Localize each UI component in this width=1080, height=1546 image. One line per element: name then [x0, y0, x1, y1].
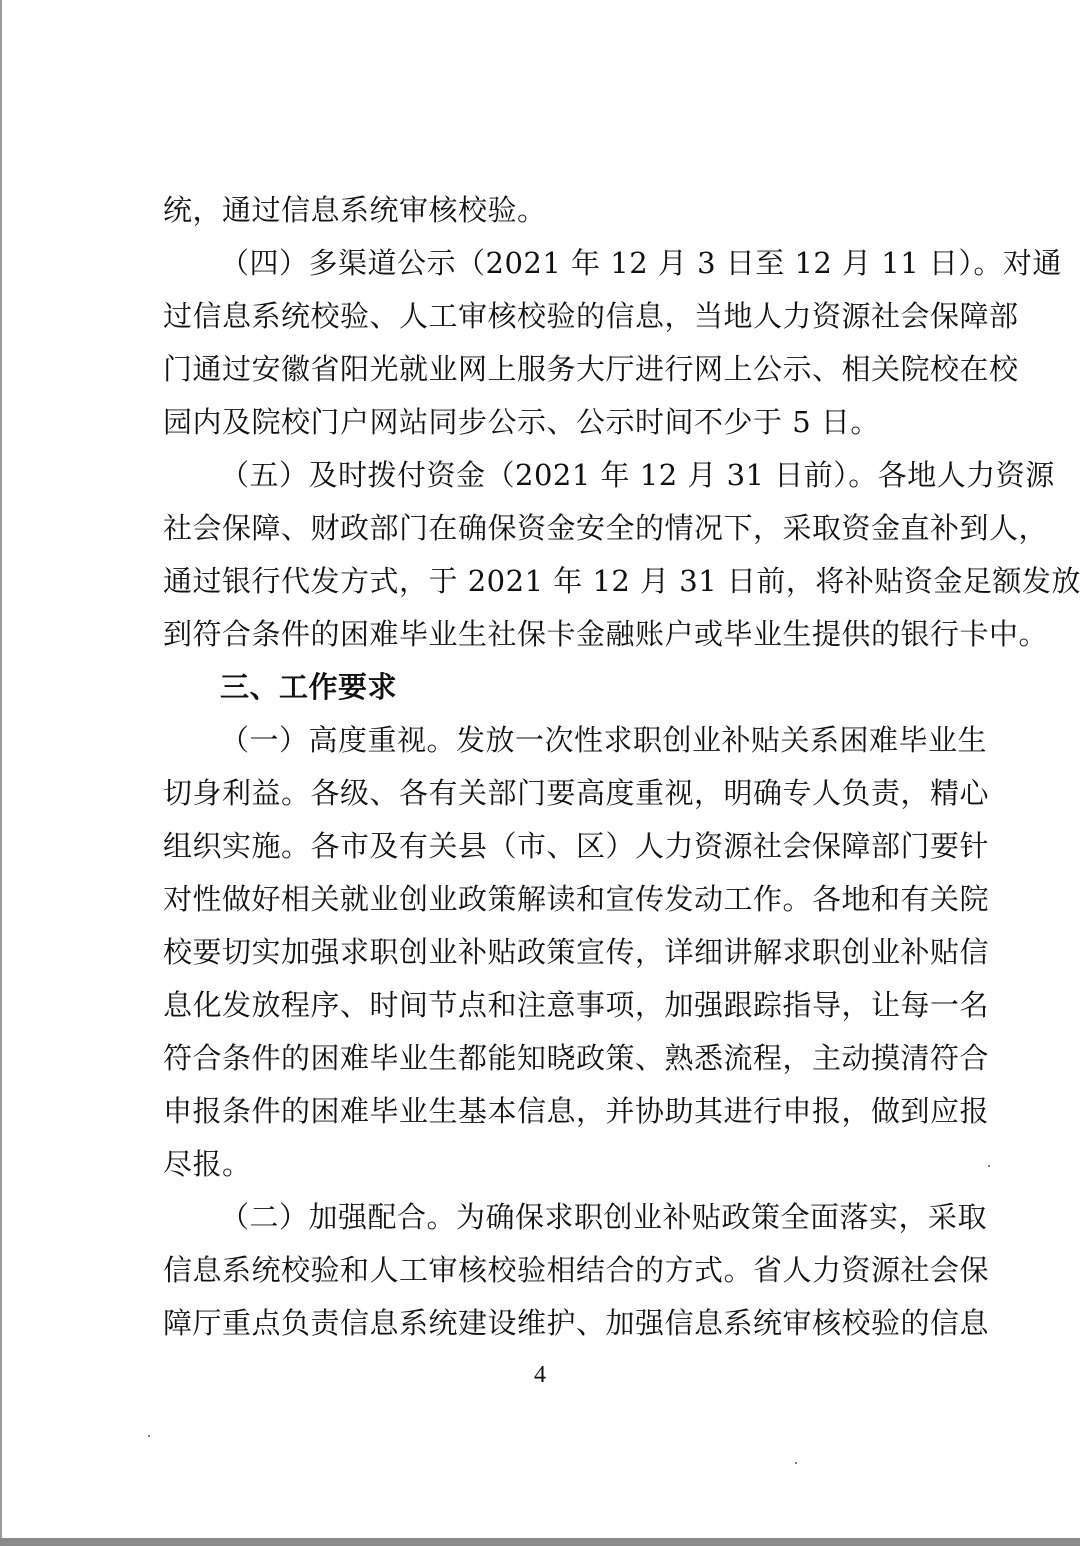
- viewer-bottom-bar: [0, 1538, 1080, 1546]
- text-line-1: 统，通过信息系统审核校验。: [163, 190, 948, 230]
- page-number: 4: [534, 1362, 546, 1389]
- text-line-11: （一）高度重视。发放一次性求职创业补贴关系困难毕业生: [220, 720, 948, 760]
- text-line-14: 对性做好相关就业创业政策解读和宣传发动工作。各地和有关院: [163, 879, 948, 919]
- text-line-8: 通过银行代发方式，于 2021 年 12 月 31 日前，将补贴资金足额发放: [163, 561, 948, 601]
- scan-speck: [795, 1462, 797, 1464]
- text-line-17: 符合条件的困难毕业生都能知晓政策、熟悉流程，主动摸清符合: [163, 1038, 948, 1078]
- text-line-7: 社会保障、财政部门在确保资金安全的情况下，采取资金直补到人，: [163, 508, 948, 548]
- scan-speck: [148, 1435, 150, 1437]
- text-line-21: 信息系统校验和人工审核校验相结合的方式。省人力资源社会保: [163, 1250, 948, 1290]
- text-line-20: （二）加强配合。为确保求职创业补贴政策全面落实，采取: [220, 1197, 948, 1237]
- scan-speck: [988, 1165, 990, 1167]
- section-heading: 三、工作要求: [220, 667, 948, 707]
- text-line-3: 过信息系统校验、人工审核校验的信息，当地人力资源社会保障部: [163, 296, 948, 336]
- text-line-4: 门通过安徽省阳光就业网上服务大厅进行网上公示、相关院校在校: [163, 349, 948, 389]
- text-line-18: 申报条件的困难毕业生基本信息，并协助其进行申报，做到应报: [163, 1091, 948, 1131]
- text-line-19: 尽报。: [163, 1144, 948, 1184]
- text-line-9: 到符合条件的困难毕业生社保卡金融账户或毕业生提供的银行卡中。: [163, 614, 948, 654]
- text-line-22: 障厅重点负责信息系统建设维护、加强信息系统审核校验的信息: [163, 1303, 948, 1343]
- text-line-5: 园内及院校门户网站同步公示、公示时间不少于 5 日。: [163, 402, 948, 442]
- text-line-2: （四）多渠道公示（2021 年 12 月 3 日至 12 月 11 日）。对通: [220, 243, 948, 283]
- text-line-16: 息化发放程序、时间节点和注意事项，加强跟踪指导，让每一名: [163, 985, 948, 1025]
- text-line-13: 组织实施。各市及有关县（市、区）人力资源社会保障部门要针: [163, 826, 948, 866]
- text-line-15: 校要切实加强求职创业补贴政策宣传，详细讲解求职创业补贴信: [163, 932, 948, 972]
- text-line-6: （五）及时拨付资金（2021 年 12 月 31 日前）。各地人力资源: [220, 455, 948, 495]
- document-page: 统，通过信息系统审核校验。 （四）多渠道公示（2021 年 12 月 3 日至 …: [0, 0, 1080, 1538]
- text-line-12: 切身利益。各级、各有关部门要高度重视，明确专人负责，精心: [163, 773, 948, 813]
